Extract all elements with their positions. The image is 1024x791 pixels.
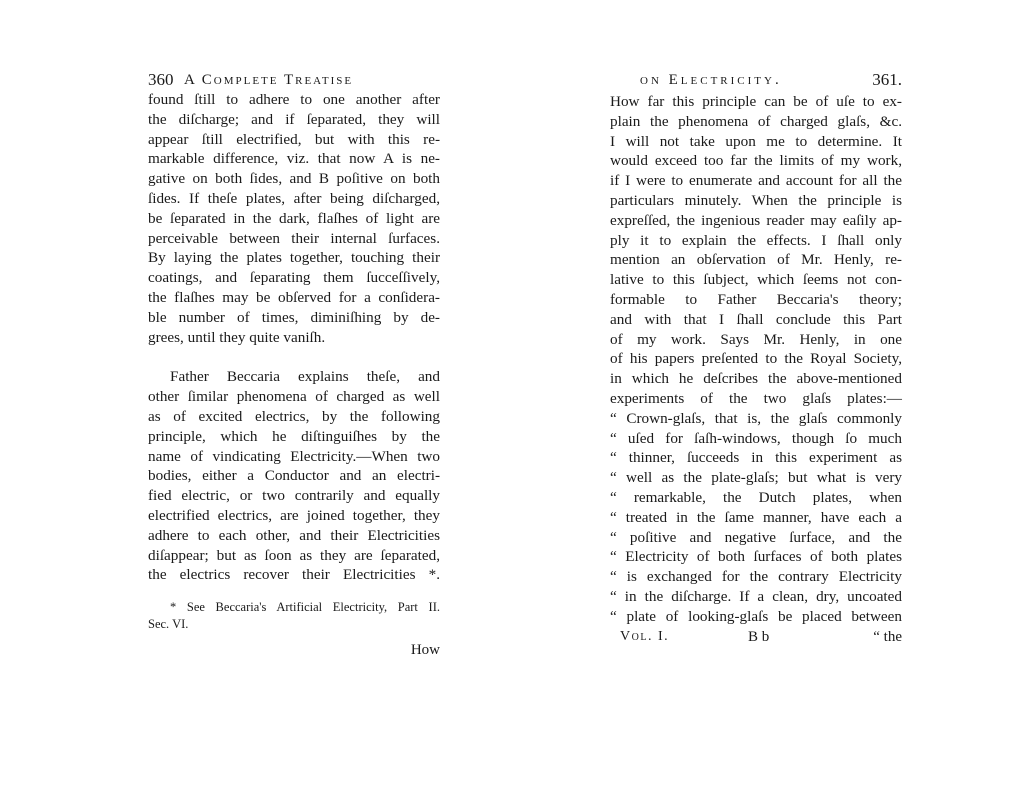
text-line: and with that I ſhall conclude this Part bbox=[610, 310, 902, 330]
text-line: would exceed too far the limits of my wo… bbox=[610, 151, 902, 171]
catchword-right: “ the bbox=[873, 627, 902, 647]
text-line: gative on both ſides, and B poſitive on … bbox=[148, 169, 440, 189]
text-line: if I were to enumerate and account for a… bbox=[610, 171, 902, 191]
left-running-header: 360 A Complete Treatise bbox=[148, 70, 440, 90]
text-line: How far this principle can be of uſe to … bbox=[610, 92, 902, 112]
left-body: found ſtill to adhere to one another aft… bbox=[148, 90, 440, 661]
text-line: perceivable between their internal ſurfa… bbox=[148, 229, 440, 249]
right-body: How far this principle can be of uſe to … bbox=[610, 92, 902, 647]
volume-mark: Vol. I. bbox=[620, 627, 669, 647]
text-line: the flaſhes may be obſerved for a conſid… bbox=[148, 288, 440, 308]
text-line: be ſeparated in the dark, flaſhes of lig… bbox=[148, 209, 440, 229]
text-line: ble number of times, diminiſhing by de- bbox=[148, 308, 440, 328]
text-line: lative to this ſubject, which ſeems not … bbox=[610, 270, 902, 290]
quote-line: “ well as the plate-glaſs; but what is v… bbox=[610, 468, 902, 488]
signature-mark: B b bbox=[748, 627, 769, 647]
text-line: experiments of the two glaſs plates:— bbox=[610, 389, 902, 409]
footnote-line: Sec. VI. bbox=[148, 616, 440, 633]
paragraph-1: found ſtill to adhere to one another aft… bbox=[148, 90, 440, 347]
text-line: Father Beccaria explains theſe, and bbox=[148, 367, 440, 387]
quote-line: “ is exchanged for the contrary Electric… bbox=[610, 567, 902, 587]
paragraph-2: Father Beccaria explains theſe, and othe… bbox=[148, 367, 440, 585]
text-line: coatings, and ſeparating them ſucceſſive… bbox=[148, 268, 440, 288]
running-head-right: on Electricity. bbox=[640, 70, 782, 90]
page-number-left: 360 bbox=[148, 70, 174, 90]
text-line: as of excited electrics, by the followin… bbox=[148, 407, 440, 427]
quote-line: “ remarkable, the Dutch plates, when bbox=[610, 488, 902, 508]
text-line: the electrics recover their Electricitie… bbox=[148, 565, 440, 585]
running-head-left: A Complete Treatise bbox=[184, 70, 353, 90]
text-line: bodies, either a Conductor and an electr… bbox=[148, 466, 440, 486]
quote-line: “ treated in the ſame manner, have each … bbox=[610, 508, 902, 528]
quote-line: “ plate of looking-glaſs be placed betwe… bbox=[610, 607, 902, 627]
quote-line: “ thinner, ſucceeds in this experiment a… bbox=[610, 448, 902, 468]
text-line: diſappear; but as ſoon as they are ſepar… bbox=[148, 546, 440, 566]
text-line: electrified electrics, are joined togeth… bbox=[148, 506, 440, 526]
catchword-left: How bbox=[148, 641, 440, 661]
text-line: found ſtill to adhere to one another aft… bbox=[148, 90, 440, 110]
text-line: I will not take upon me to determine. It bbox=[610, 132, 902, 152]
text-line: other ſimilar phenomena of charged as we… bbox=[148, 387, 440, 407]
quote-line: “ Crown-glaſs, that is, the glaſs common… bbox=[610, 409, 902, 429]
footnote-line: * See Beccaria's Artificial Electricity,… bbox=[148, 599, 440, 616]
text-line: ſides. If theſe plates, after being diſc… bbox=[148, 189, 440, 209]
quote-line: “ in the diſcharge. If a clean, dry, unc… bbox=[610, 587, 902, 607]
text-line: plain the phenomena of charged glaſs, &c… bbox=[610, 112, 902, 132]
text-line: the diſcharge; and if ſeparated, they wi… bbox=[148, 110, 440, 130]
text-line: formable to Father Beccaria's theory; bbox=[610, 290, 902, 310]
text-line: markable difference, viz. that now A is … bbox=[148, 149, 440, 169]
text-line: mention an obſervation of Mr. Henly, re- bbox=[610, 250, 902, 270]
text-line: of my work. Says Mr. Henly, in one bbox=[610, 330, 902, 350]
signature-line: Vol. I. B b “ the bbox=[610, 627, 902, 647]
text-line: in which he deſcribes the above-mentione… bbox=[610, 369, 902, 389]
text-line: grees, until they quite vaniſh. bbox=[148, 328, 440, 348]
right-running-header: on Electricity. 361. bbox=[610, 70, 902, 90]
text-line: of his papers preſented to the Royal Soc… bbox=[610, 349, 902, 369]
text-line: name of vindicating Electricity.—When tw… bbox=[148, 447, 440, 467]
quote-line: “ poſitive and negative ſurface, and the bbox=[610, 528, 902, 548]
text-line: particulars minutely. When the principle… bbox=[610, 191, 902, 211]
text-line: adhere to each other, and their Electric… bbox=[148, 526, 440, 546]
quote-line: “ uſed for ſaſh-windows, though ſo much bbox=[610, 429, 902, 449]
text-line: By laying the plates together, touching … bbox=[148, 248, 440, 268]
footnote: * See Beccaria's Artificial Electricity,… bbox=[148, 599, 440, 633]
text-line: principle, which he diſtinguiſhes by the bbox=[148, 427, 440, 447]
quote-line: “ Electricity of both ſurfaces of both p… bbox=[610, 547, 902, 567]
text-line: appear ſtill electrified, but with this … bbox=[148, 130, 440, 150]
text-line: ply it to explain the effects. I ſhall o… bbox=[610, 231, 902, 251]
text-line: expreſſed, the ingenious reader may eaſi… bbox=[610, 211, 902, 231]
text-line: fied electric, or two contrarily and equ… bbox=[148, 486, 440, 506]
page-number-right: 361. bbox=[872, 70, 902, 90]
